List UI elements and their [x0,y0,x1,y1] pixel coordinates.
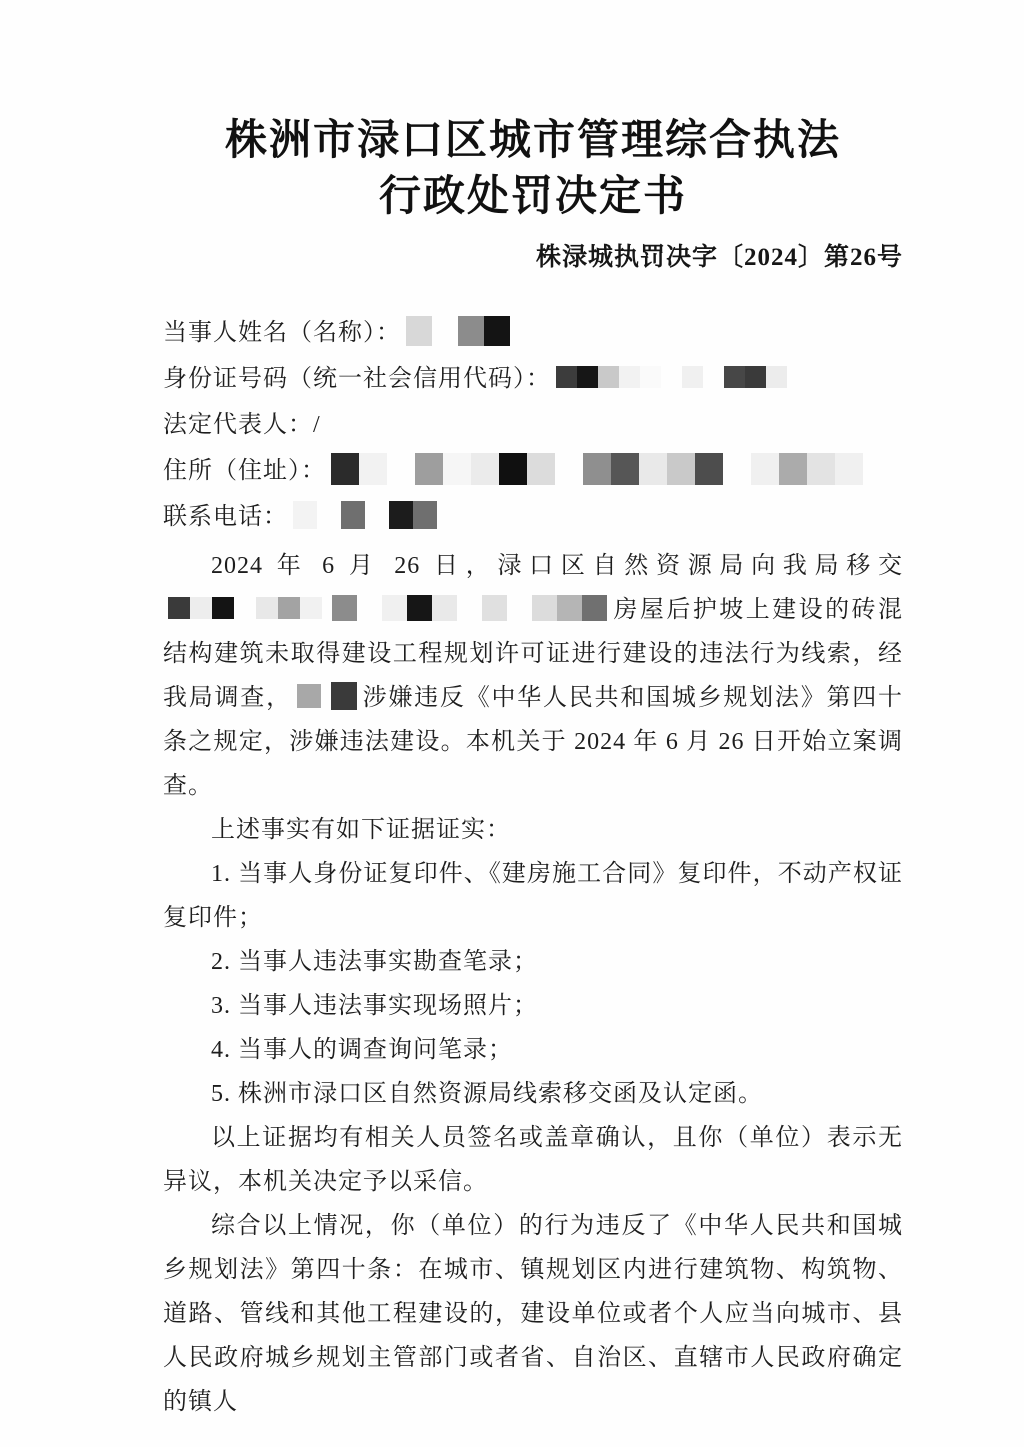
redaction-cell [406,316,432,346]
redaction-cell [682,366,703,388]
redaction-cell [723,453,751,485]
redaction-cell [807,453,835,485]
redaction-cell [365,501,389,529]
evidence-item-1: 1. 当事人身份证复印件、《建房施工合同》复印件，不动产权证复印件； [163,852,903,940]
redaction-cell [300,597,322,619]
document-body: 2024 年 6 月 26 日，渌口区自然资源局向我局移交房屋后护坡上建设的砖混… [163,544,903,1424]
redaction-cell [527,453,555,485]
redaction-cell [341,501,365,529]
field-label: 联系电话： [163,504,288,530]
redaction-cell [443,453,471,485]
redaction-cell [413,501,437,529]
document-page: 株洲市渌口区城市管理综合执法 行政处罚决定书 株渌城执罚决字〔2024〕第26号… [0,0,1024,1447]
redaction-cell [555,453,583,485]
document-content: 株洲市渌口区城市管理综合执法 行政处罚决定书 株渌城执罚决字〔2024〕第26号… [163,112,903,1424]
evidence-item-3: 3. 当事人违法事实现场照片； [163,984,903,1028]
party-info-fields: 当事人姓名（名称）： 身份证号码（统一社会信用代码）： 法定代表人：/ 住所（住… [163,310,903,540]
evidence-item-4: 4. 当事人的调查询问笔录； [163,1028,903,1072]
redaction-mosaic [168,597,322,619]
redaction-mosaic [556,366,787,388]
redaction-cell [317,501,341,529]
redaction-cell [432,595,457,621]
paragraph-case-origin: 2024 年 6 月 26 日，渌口区自然资源局向我局移交房屋后护坡上建设的砖混… [163,544,903,808]
redaction-cell [389,501,413,529]
redaction-cell [639,453,667,485]
text-segment: 2024 年 6 月 26 日，渌口区自然资源局向我局移交 [211,553,903,579]
redaction-cell [382,595,407,621]
field-address: 住所（住址）： [163,448,903,494]
redaction-cell [611,453,639,485]
document-title-line2: 行政处罚决定书 [163,168,903,224]
paragraph-evidence-confirmation: 以上证据均有相关人员签名或盖章确认，且你（单位）表示无异议，本机关决定予以采信。 [163,1116,903,1204]
redaction-mosaic [297,684,321,708]
redaction-mosaic [293,501,437,529]
redaction-cell [751,453,779,485]
field-party-name: 当事人姓名（名称）： [163,310,903,356]
redaction-mosaic [331,453,863,485]
paragraph-conclusion: 综合以上情况，你（单位）的行为违反了《中华人民共和国城乡规划法》第四十条：在城市… [163,1204,903,1424]
redaction-cell [407,595,432,621]
paragraph-evidence-intro: 上述事实有如下证据证实： [163,808,903,852]
redaction-cell [577,366,598,388]
field-label: 当事人姓名（名称）： [163,320,401,346]
redaction-cell [387,453,415,485]
field-label: 身份证号码（统一社会信用代码）： [163,366,551,392]
redaction-cell [168,597,190,619]
redaction-cell [619,366,640,388]
field-legal-representative: 法定代表人：/ [163,402,903,448]
redaction-cell [532,595,557,621]
redaction-cell [357,595,382,621]
redaction-cell [458,316,484,346]
field-value: / [313,412,321,438]
field-id-number: 身份证号码（统一社会信用代码）： [163,356,903,402]
redaction-cell [297,684,321,708]
redaction-cell [724,366,745,388]
redaction-mosaic [332,595,607,621]
redaction-cell [457,595,482,621]
redaction-cell [359,453,387,485]
evidence-item-2: 2. 当事人违法事实勘查笔录； [163,940,903,984]
redaction-cell [703,366,724,388]
redaction-cell [640,366,661,388]
redaction-cell [745,366,766,388]
redaction-cell [484,316,510,346]
redaction-cell [256,597,278,619]
field-label: 住所（住址）： [163,458,326,484]
redaction-cell [331,682,357,710]
redaction-cell [667,453,695,485]
redaction-cell [779,453,807,485]
field-phone: 联系电话： [163,494,903,540]
redaction-cell [212,597,234,619]
redaction-cell [234,597,256,619]
redaction-cell [583,453,611,485]
redaction-cell [835,453,863,485]
redaction-cell [293,501,317,529]
redaction-cell [499,453,527,485]
redaction-cell [471,453,499,485]
redaction-cell [332,595,357,621]
redaction-cell [331,453,359,485]
redaction-cell [766,366,787,388]
field-label: 法定代表人： [163,412,313,438]
redaction-cell [482,595,507,621]
document-number: 株渌城执罚决字〔2024〕第26号 [163,240,903,276]
redaction-cell [190,597,212,619]
redaction-cell [557,595,582,621]
redaction-cell [661,366,682,388]
evidence-item-5: 5. 株洲市渌口区自然资源局线索移交函及认定函。 [163,1072,903,1116]
redaction-cell [507,595,532,621]
redaction-cell [556,366,577,388]
document-title-line1: 株洲市渌口区城市管理综合执法 [163,112,903,168]
redaction-cell [415,453,443,485]
redaction-mosaic [406,316,510,346]
redaction-cell [582,595,607,621]
redaction-mosaic [331,682,357,710]
redaction-cell [598,366,619,388]
redaction-cell [432,316,458,346]
redaction-cell [695,453,723,485]
redaction-cell [278,597,300,619]
